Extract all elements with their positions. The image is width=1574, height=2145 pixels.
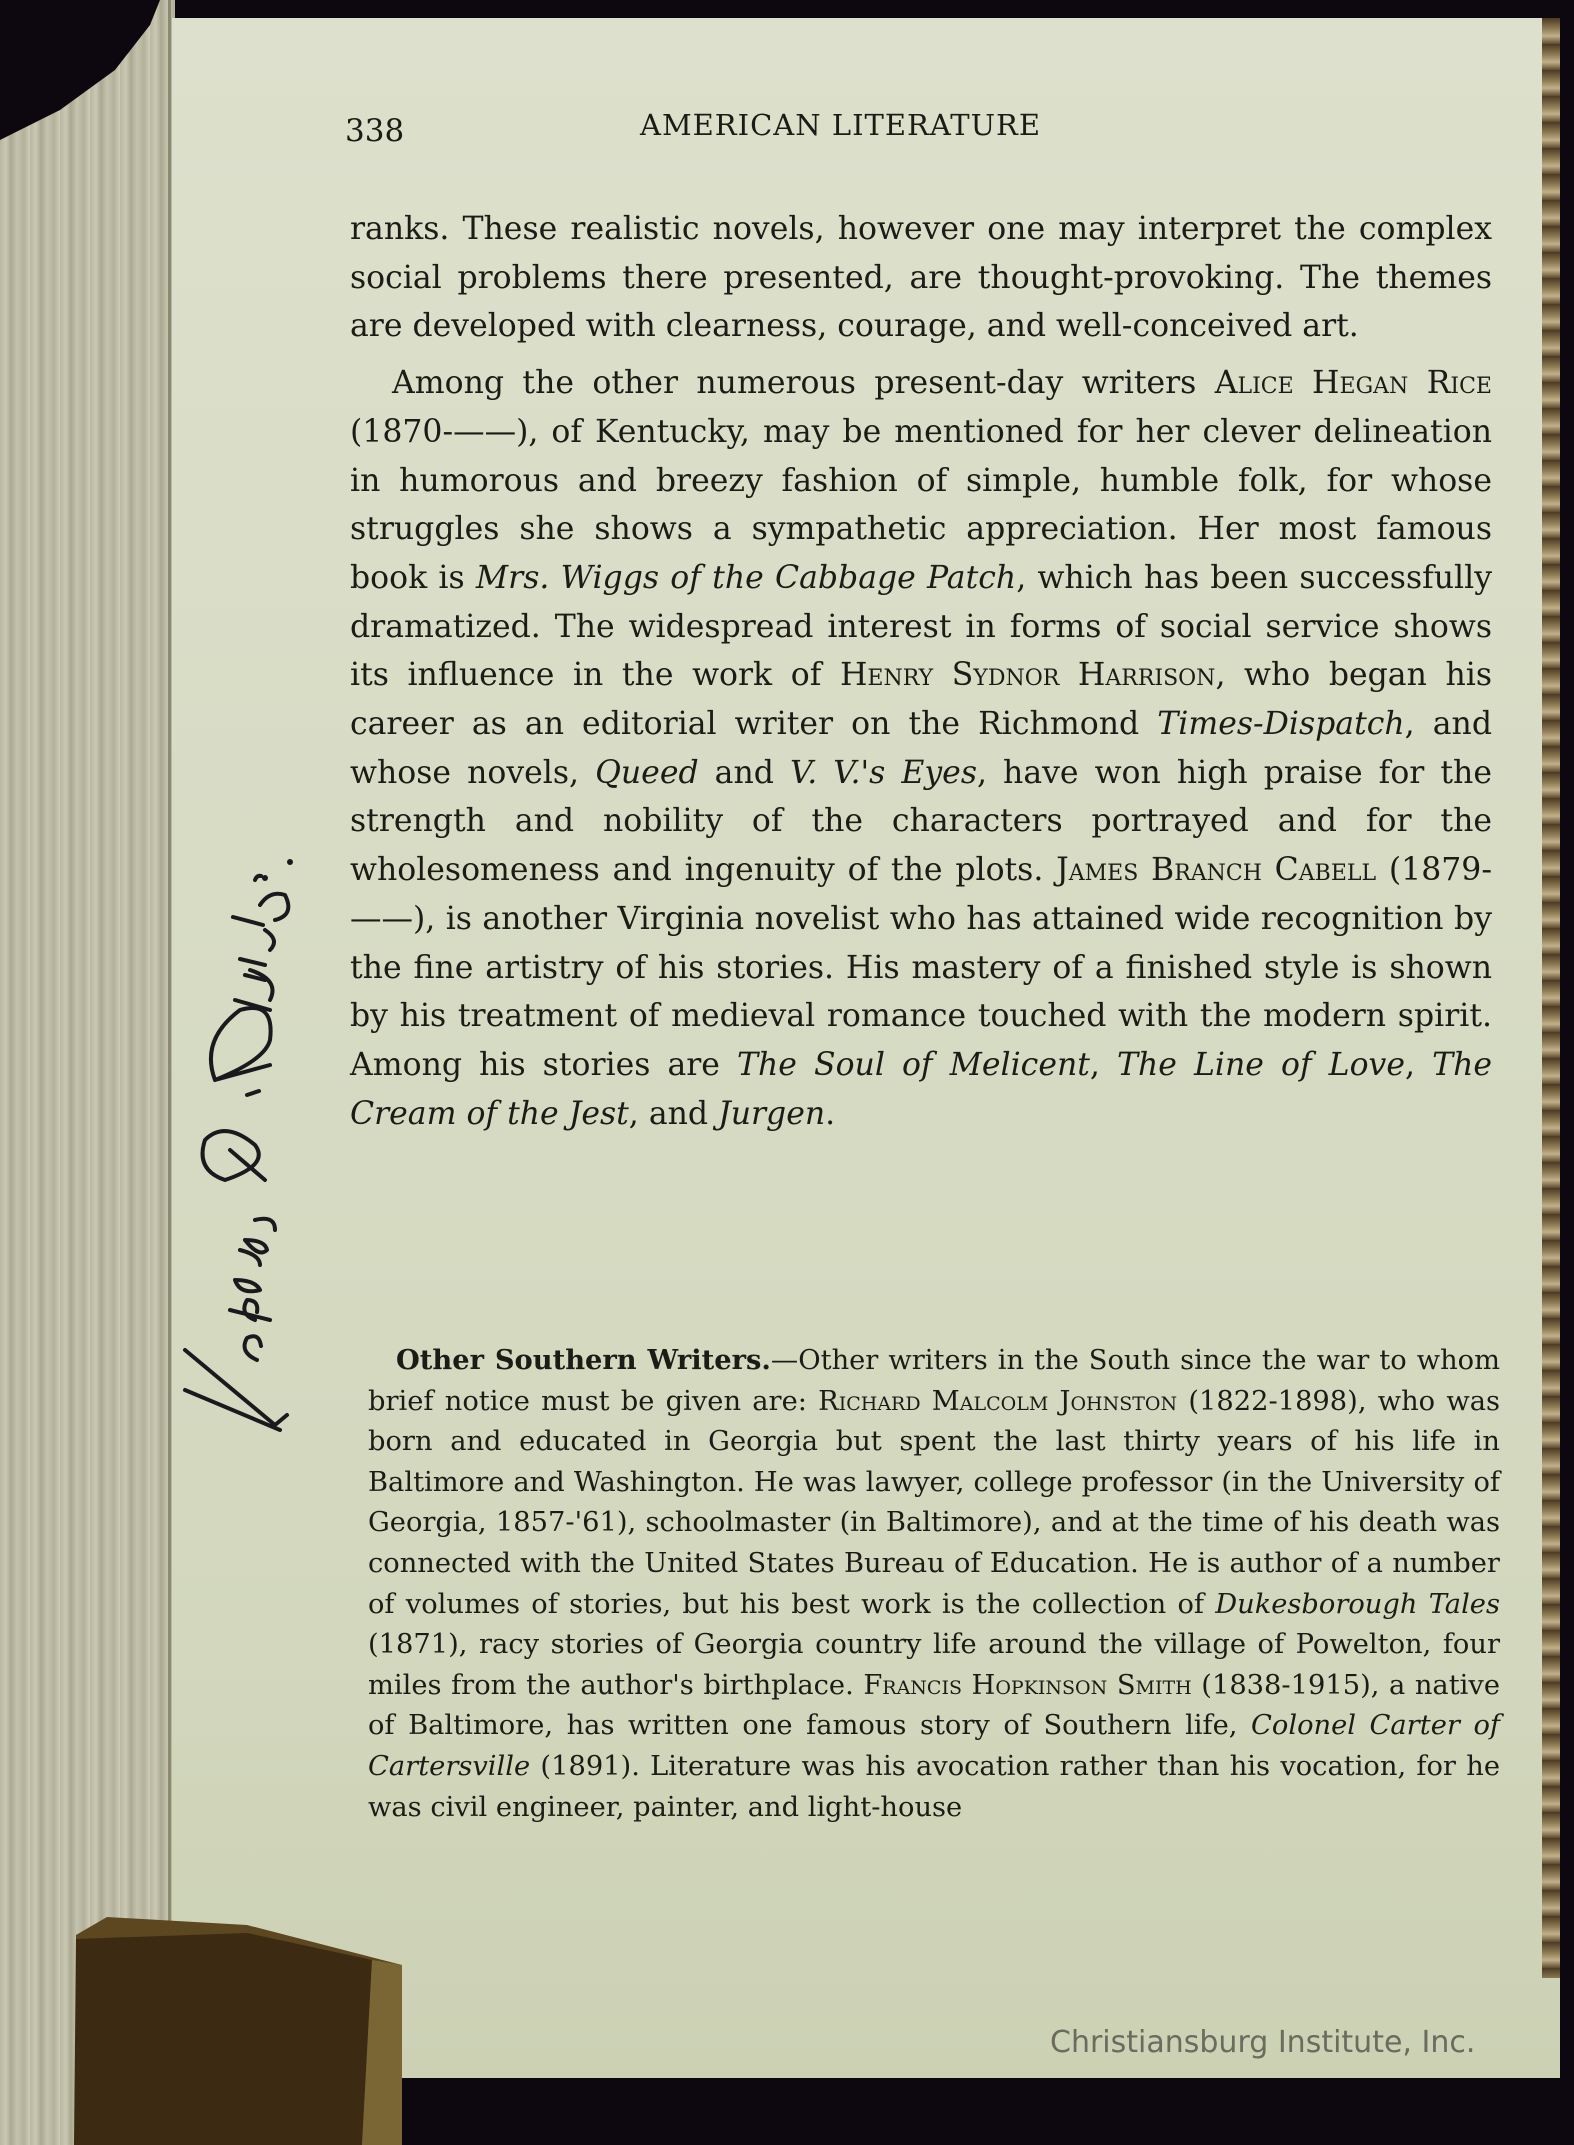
text-segment: , and [629,1096,718,1132]
handwritten-margin-note [175,850,365,1450]
text-segment: (1891). Literature was his avocation rat… [368,1751,1500,1823]
right-page-edge [1542,18,1560,1978]
foreground-book-object [62,1915,402,2145]
watermark: Christiansburg Institute, Inc. [1050,2025,1475,2060]
section-paragraph: Other Southern Writers.—Other writers in… [368,1340,1500,1828]
book-cover-shape [62,1915,402,2145]
book-title: Queed [595,755,699,791]
paragraph-2: Among the other numerous present-day wri… [350,359,1492,1138]
book-title: The Line of Love [1117,1047,1405,1083]
text-segment: (1822-1898), who was born and educated i… [368,1386,1500,1620]
book-title: Mrs. Wiggs of the Cabbage Patch [476,560,1016,596]
text-segment: and [699,755,790,791]
running-title: AMERICAN LITERATURE [640,108,1041,142]
text-segment: , [1090,1047,1117,1083]
paragraph-1: ranks. These realistic novels, however o… [350,205,1492,351]
book-photo-scene: 338 AMERICAN LITERATURE ranks. These rea… [0,0,1574,2145]
author-name: Alice Hegan Rice [1215,365,1492,401]
book-title: V. V.'s Eyes [790,755,977,791]
body-text: ranks. These realistic novels, however o… [350,205,1492,1146]
book-title: Jurgen [718,1096,825,1132]
section-other-southern-writers: Other Southern Writers.—Other writers in… [368,1340,1500,1828]
author-name: Richard Malcolm Johnston [818,1386,1177,1417]
text-segment: , [1405,1047,1432,1083]
text-segment: Among the other numerous present-day wri… [392,365,1215,401]
page-edges-stack [0,0,175,2145]
signature-icon [175,850,365,1450]
section-heading: Other Southern Writers. [396,1344,771,1376]
author-name: Francis Hopkinson Smith [863,1670,1191,1701]
book-title: Dukesborough Tales [1215,1589,1500,1620]
author-name: James Branch Cabell [1056,852,1376,888]
author-name: Henry Sydnor Harrison [840,657,1216,693]
newspaper-title: Times-Dispatch [1157,706,1404,742]
book-title: The Soul of Melicent [737,1047,1090,1083]
running-header: 338 AMERICAN LITERATURE [345,108,1495,158]
page-number: 338 [345,113,404,149]
bottom-shadow [380,2080,1574,2145]
text-segment: . [825,1096,835,1132]
